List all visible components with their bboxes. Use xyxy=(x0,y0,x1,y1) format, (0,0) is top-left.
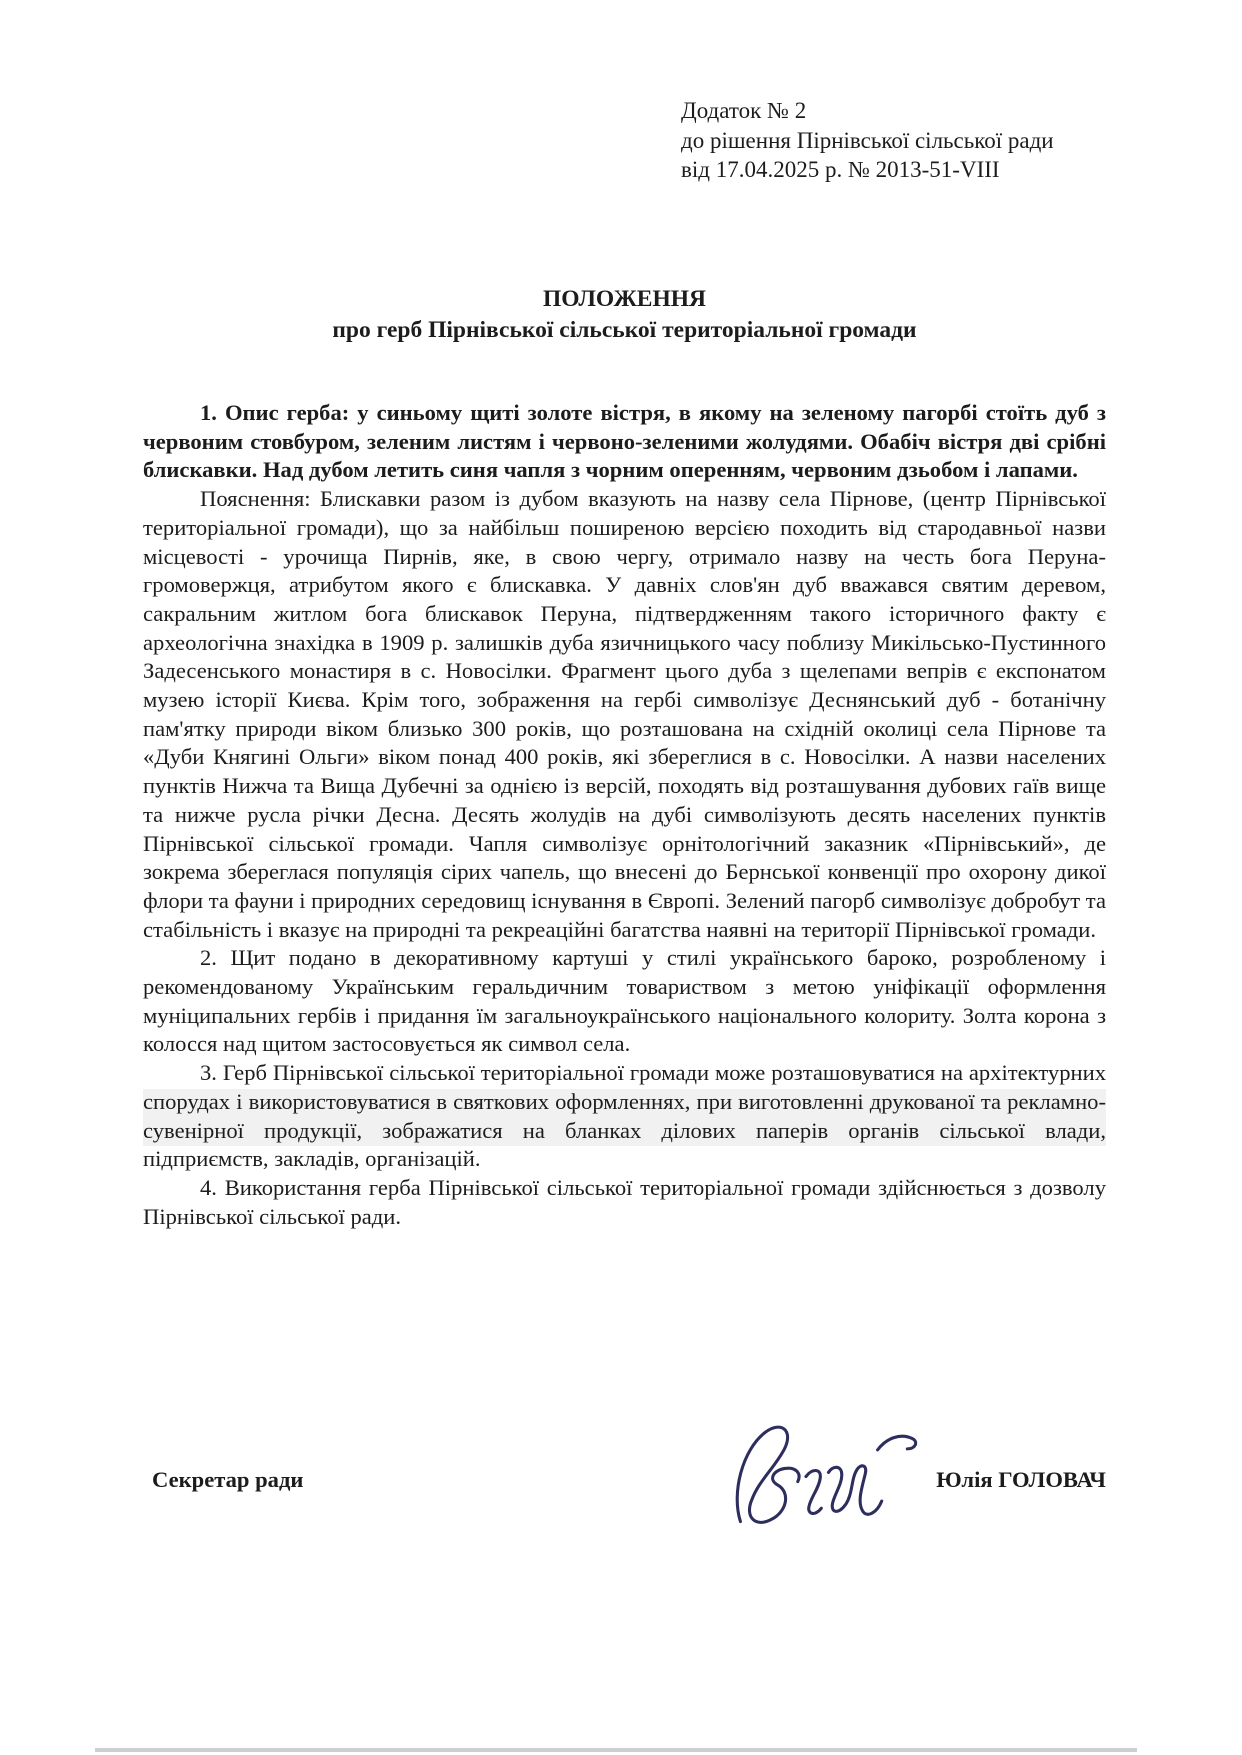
paragraph-coat-description: 1. Опис герба: у синьому щиті золоте віс… xyxy=(143,399,1106,485)
signatory-role: Секретар ради xyxy=(152,1467,303,1493)
paragraph-usage-placement: 3. Герб Пірнівської сільської територіал… xyxy=(143,1059,1106,1174)
document-body: 1. Опис герба: у синьому щиті золоте віс… xyxy=(143,399,1106,1231)
appendix-date: від 17.04.2025 р. № 2013-51-VIII xyxy=(681,155,1054,185)
appendix-number: Додаток № 2 xyxy=(681,96,1054,126)
paragraph-usage-permission: 4. Використання герба Пірнівської сільсь… xyxy=(143,1174,1106,1231)
document-subtitle: про герб Пірнівської сільської територіа… xyxy=(143,315,1106,346)
appendix-decision: до рішення Пірнівської сільської ради xyxy=(681,126,1054,156)
handwritten-signature-icon xyxy=(722,1418,937,1533)
document-title: ПОЛОЖЕННЯ xyxy=(143,284,1106,315)
scan-artifact-line xyxy=(95,1748,1137,1752)
title-block: ПОЛОЖЕННЯ про герб Пірнівської сільської… xyxy=(143,284,1106,345)
paragraph-cartouche: 2. Щит подано в декоративному картуші у … xyxy=(143,944,1106,1059)
appendix-header: Додаток № 2 до рішення Пірнівської сільс… xyxy=(681,96,1054,185)
signatory-name: Юлія ГОЛОВАЧ xyxy=(936,1467,1106,1493)
paragraph-explanation: Пояснення: Блискавки разом із дубом вказ… xyxy=(143,485,1106,944)
signature-stroke-letters xyxy=(806,1466,882,1515)
document-page: Додаток № 2 до рішення Пірнівської сільс… xyxy=(0,0,1242,1755)
signature-stroke-main xyxy=(737,1427,799,1522)
signature-stroke-flick xyxy=(878,1436,916,1450)
